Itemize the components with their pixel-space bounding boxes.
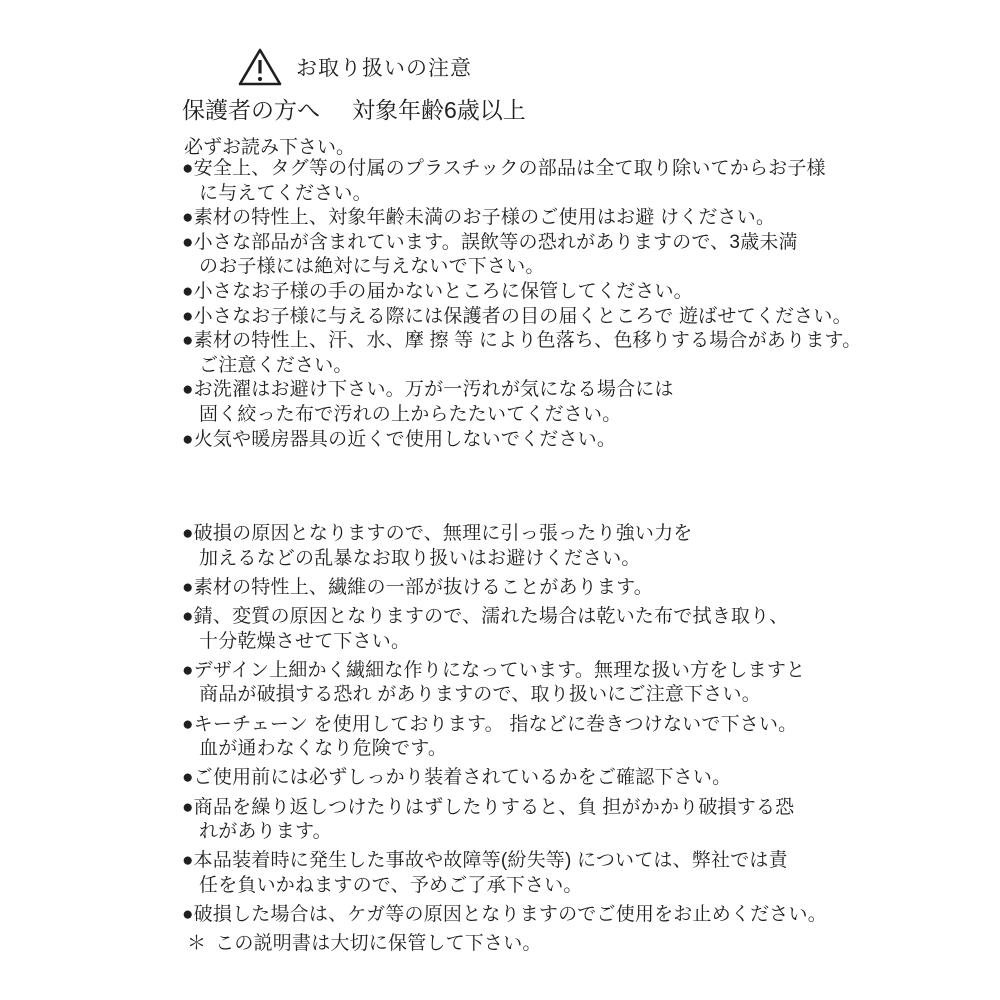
safety-precautions-list: ●安全上、タグ等の付属のプラスチックの部品は全て取り除いてからお子様 に与えてく… bbox=[182, 157, 862, 452]
precaution-line-continuation: 十分乾燥させて下さい。 bbox=[182, 630, 862, 655]
list-item: ●商品を繰り返しつけたりはずしたりすると、負 担がかかり破損する恐 れがあります… bbox=[182, 796, 862, 845]
care-instructions-sheet: お取り扱いの注意 保護者の方へ 対象年齢6歳以上 必ずお読み下さい。 ●安全上、… bbox=[0, 0, 1000, 1000]
precaution-line-continuation: 商品が破損する恐れ がありますので、取り扱いにご注意下さい。 bbox=[182, 683, 862, 708]
precaution-line: ●小さなお子様の手の届かないところに保管してください。 bbox=[182, 280, 862, 305]
list-item: ●本品装着時に発生した事故や故障等(紛失等) については、弊社では責 任を負いか… bbox=[182, 849, 862, 898]
precaution-line: ●小さな部品が含まれています。誤飲等の恐れがありますので、3歳未満 bbox=[182, 231, 862, 256]
precaution-line: ●本品装着時に発生した事故や故障等(紛失等) については、弊社では責 bbox=[182, 849, 862, 874]
precaution-line: ●小さなお子様に与える際には保護者の目の届くところで 遊ばせてください。 bbox=[182, 305, 862, 330]
list-item: ●破損した場合は、ケガ等の原因となりますのでご使用をお止めください。 bbox=[182, 903, 862, 928]
must-read-note: 必ずお読み下さい。 bbox=[184, 132, 355, 159]
precaution-line-continuation: に与えてください。 bbox=[182, 182, 862, 207]
precaution-line: ●安全上、タグ等の付属のプラスチックの部品は全て取り除いてからお子様 bbox=[182, 157, 862, 182]
precaution-line: ●お洗濯はお避け下さい。万が一汚れが気になる場合には bbox=[182, 378, 862, 403]
precaution-line-continuation: のお子様には絶対に与えないで下さい。 bbox=[182, 255, 862, 280]
precaution-line: ●素材の特性上、汗、水、摩 擦 等 により色落ち、色移りする場合があります。 bbox=[182, 329, 862, 354]
handling-precautions-list: ●破損の原因となりますので、無理に引っ張ったり強い力を 加えるなどの乱暴なお取り… bbox=[182, 522, 862, 957]
precaution-line: ●キーチェーン を使用しております。 指などに巻きつけないで下さい。 bbox=[182, 713, 862, 738]
title-row: お取り扱いの注意 bbox=[238, 48, 472, 86]
footnote-text: この説明書は大切に保管して下さい。 bbox=[215, 933, 541, 954]
precaution-line: ●素材の特性上、対象年齢未満のお子様のご使用はお避 けください。 bbox=[182, 206, 862, 231]
precaution-line-continuation: れがあります。 bbox=[182, 820, 862, 845]
precaution-line: ●破損の原因となりますので、無理に引っ張ったり強い力を bbox=[182, 522, 862, 547]
precaution-line-continuation: ご注意ください。 bbox=[182, 354, 862, 379]
precaution-line: ●デザイン上細かく繊細な作りになっています。無理な扱い方をしますと bbox=[182, 659, 862, 684]
precaution-line: ●商品を繰り返しつけたりはずしたりすると、負 担がかかり破損する恐 bbox=[182, 796, 862, 821]
warning-triangle-icon bbox=[238, 48, 282, 86]
precaution-line-continuation: 血が通わなくなり危険です。 bbox=[182, 737, 862, 762]
precaution-line: ●ご使用前には必ずしっかり装着されているかをご確認下さい。 bbox=[182, 766, 862, 791]
list-item: ●素材の特性上、繊維の一部が抜けることがあります。 bbox=[182, 576, 862, 601]
precaution-line-continuation: 加えるなどの乱暴なお取り扱いはお避けください。 bbox=[182, 547, 862, 572]
list-item: ●ご使用前には必ずしっかり装着されているかをご確認下さい。 bbox=[182, 766, 862, 791]
list-item: ●キーチェーン を使用しております。 指などに巻きつけないで下さい。 血が通わな… bbox=[182, 713, 862, 762]
footnote: ＊この説明書は大切に保管して下さい。 bbox=[182, 932, 862, 957]
footnote-asterisk: ＊ bbox=[187, 933, 206, 954]
page-title: お取り扱いの注意 bbox=[296, 52, 472, 82]
list-item: ●破損の原因となりますので、無理に引っ張ったり強い力を 加えるなどの乱暴なお取り… bbox=[182, 522, 862, 571]
precaution-line-continuation: 固く絞った布で汚れの上からたたいてください。 bbox=[182, 403, 862, 428]
precaution-line-continuation: 任を負いかねますので、予めご了承下さい。 bbox=[182, 874, 862, 899]
precaution-line: ●火気や暖房器具の近くで使用しないでください。 bbox=[182, 428, 862, 453]
audience-line: 保護者の方へ 対象年齢6歳以上 bbox=[182, 92, 526, 125]
precaution-line: ●錆、変質の原因となりますので、濡れた場合は乾いた布で拭き取り、 bbox=[182, 605, 862, 630]
audience-label: 保護者の方へ bbox=[182, 92, 320, 125]
list-item: ●錆、変質の原因となりますので、濡れた場合は乾いた布で拭き取り、 十分乾燥させて… bbox=[182, 605, 862, 654]
precaution-line: ●破損した場合は、ケガ等の原因となりますのでご使用をお止めください。 bbox=[182, 903, 862, 928]
precaution-line: ●素材の特性上、繊維の一部が抜けることがあります。 bbox=[182, 576, 862, 601]
target-age-label: 対象年齢6歳以上 bbox=[352, 92, 526, 125]
list-item: ●デザイン上細かく繊細な作りになっています。無理な扱い方をしますと 商品が破損す… bbox=[182, 659, 862, 708]
